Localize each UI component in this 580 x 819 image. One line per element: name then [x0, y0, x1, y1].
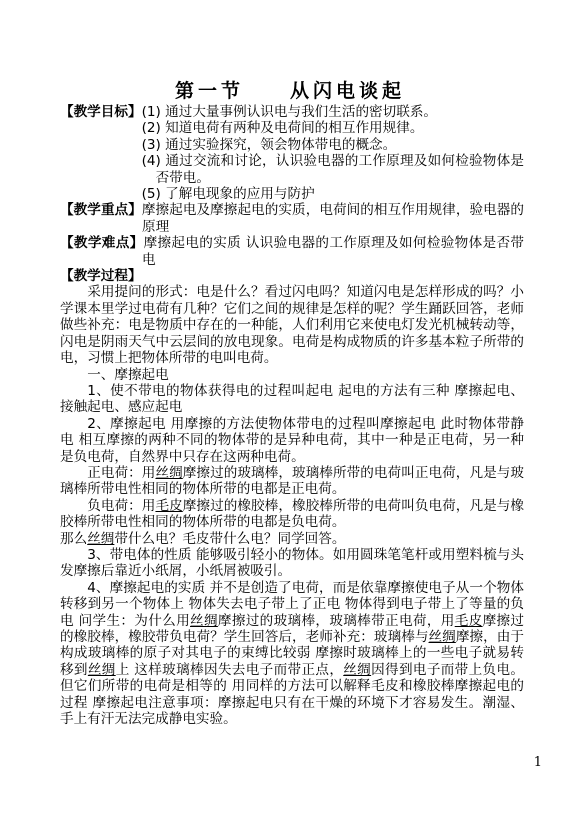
- text-run: 上 这样玻璃棒因失去电子而带正点，: [116, 662, 344, 678]
- goal-item: (5) 了解电现象的应用与防护: [142, 186, 524, 202]
- paragraph: 2、摩擦起电 用摩擦的方法使物体带电的过程叫摩擦起电 此时物体带静电 相互摩擦的…: [60, 416, 524, 465]
- paragraph: 一、摩擦起电: [60, 367, 524, 383]
- text-run: 丝绸: [343, 662, 371, 678]
- paragraph: 【教学难点】摩擦起电的实质 认识验电器的工作原理及如何检验物体是否带电: [60, 235, 524, 268]
- text-run: 采用提问的形式：电是什么？看过闪电吗？知道闪电是怎样形成的吗？小学课本里学过电荷…: [60, 284, 524, 366]
- text-run: 【教学重点】: [60, 202, 142, 218]
- goal-item: (4) 通过交流和讨论，认识验电器的工作原理及如何检验物体是否带电。: [142, 153, 524, 186]
- text-run: 摩擦过的玻璃棒，玻璃棒带正电荷，用: [218, 613, 455, 629]
- text-run: 1、使不带电的物体获得电的过程叫起电 起电的方法有三种 摩擦起电、接触起电、感应…: [60, 383, 524, 415]
- text-run: 正电荷：用: [87, 465, 155, 481]
- text-run: 丝绸: [190, 613, 218, 629]
- paragraph: 4、摩擦起电的实质 并不是创造了电荷，而是依靠摩擦使电子从一个物体转移到另一个物…: [60, 580, 524, 728]
- text-run: 毛皮: [155, 498, 182, 514]
- paragraph: 采用提问的形式：电是什么？看过闪电吗？知道闪电是怎样形成的吗？小学课本里学过电荷…: [60, 284, 524, 366]
- paragraph: 【教学重点】摩擦起电及摩擦起电的实质，电荷间的相互作用规律，验电器的原理: [60, 202, 524, 235]
- text-run: 3、带电体的性质 能够吸引轻小的物体。如用圆珠笔笔杆或用塑料梳与头发摩擦后靠近小…: [60, 547, 524, 579]
- paragraph: 正电荷：用丝绸摩擦过的玻璃棒，玻璃棒所带的电荷叫正电荷，凡是与玻璃棒所带电性相同…: [60, 465, 524, 498]
- doc-body: 【教学目标】(1) 通过大量事例认识电与我们生活的密切联系。(2) 知道电荷有两…: [60, 104, 524, 727]
- text-run: 丝绸: [155, 465, 182, 481]
- goals-label: 【教学目标】: [60, 104, 142, 120]
- text-run: 一、摩擦起电: [87, 367, 169, 383]
- text-run: 【教学过程】: [60, 268, 142, 284]
- text-run: 丝绸: [87, 531, 114, 547]
- paragraph: 【教学过程】: [60, 268, 524, 284]
- text-run: 毛皮: [455, 613, 483, 629]
- document-page: 第一节 从闪电谈起 【教学目标】(1) 通过大量事例认识电与我们生活的密切联系。…: [0, 0, 580, 819]
- text-run: 摩擦起电及摩擦起电的实质，电荷间的相互作用规律，验电器的原理: [142, 202, 524, 234]
- paragraph: 1、使不带电的物体获得电的过程叫起电 起电的方法有三种 摩擦起电、接触起电、感应…: [60, 383, 524, 416]
- text-run: 2、摩擦起电 用摩擦的方法使物体带电的过程叫摩擦起电 此时物体带静电 相互摩擦的…: [60, 416, 524, 465]
- text-run: 丝绸: [88, 662, 116, 678]
- goals-block: 【教学目标】(1) 通过大量事例认识电与我们生活的密切联系。(2) 知道电荷有两…: [60, 104, 524, 202]
- text-run: 带什么电？毛皮带什么电？同学回答。: [114, 531, 345, 547]
- goal-item: (2) 知道电荷有两种及电荷间的相互作用规律。: [142, 120, 524, 136]
- goal-item: (3) 通过实验探究，领会物体带电的概念。: [142, 137, 524, 153]
- goal-item: (1) 通过大量事例认识电与我们生活的密切联系。: [142, 104, 524, 120]
- text-run: 那么: [60, 531, 87, 547]
- text-run: 丝绸: [429, 629, 456, 645]
- paragraph: 那么丝绸带什么电？毛皮带什么电？同学回答。: [60, 531, 524, 547]
- paragraph: 3、带电体的性质 能够吸引轻小的物体。如用圆珠笔笔杆或用塑料梳与头发摩擦后靠近小…: [60, 547, 524, 580]
- text-run: 负电荷：用: [87, 498, 155, 514]
- page-number: 1: [534, 755, 542, 770]
- text-run: 【教学难点】: [60, 235, 144, 251]
- goals-items: (1) 通过大量事例认识电与我们生活的密切联系。(2) 知道电荷有两种及电荷间的…: [142, 104, 524, 202]
- text-run: 摩擦起电的实质 认识验电器的工作原理及如何检验物体是否带电: [142, 235, 524, 267]
- doc-title: 第一节 从闪电谈起: [0, 76, 580, 103]
- paragraph: 负电荷：用毛皮摩擦过的橡胶棒，橡胶棒所带的电荷叫负电荷，凡是与橡胶棒所带电性相同…: [60, 498, 524, 531]
